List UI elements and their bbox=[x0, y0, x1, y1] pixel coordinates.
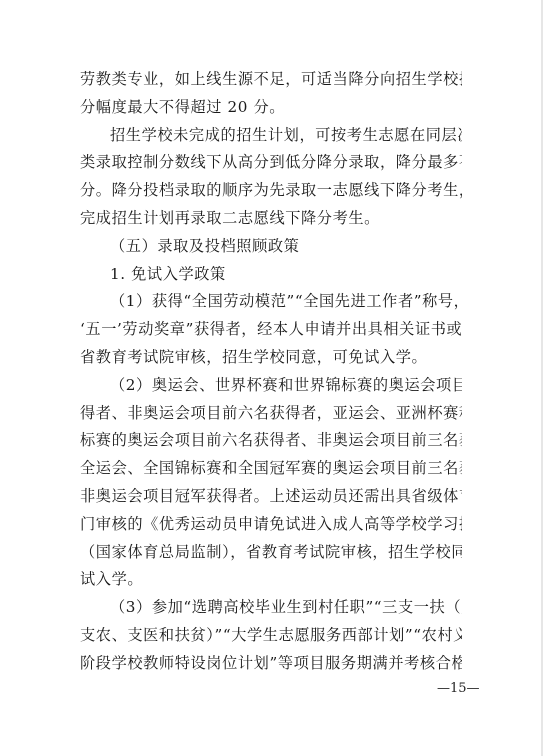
text-line: 完成招生计划再录取二志愿线下降分考生。 bbox=[80, 205, 462, 233]
text-line: 全运会、全国锦标赛和全国冠军赛的奥运会项目前三名获得者、 bbox=[80, 455, 462, 483]
text-line: （国家体育总局监制），省教育考试院审核，招生学校同意，可免 bbox=[80, 539, 462, 567]
subsection-heading: 1. 免试入学政策 bbox=[80, 261, 462, 289]
text-line: 标赛的奥运会项目前六名获得者、非奥运会项目前三名获得者； bbox=[80, 427, 462, 455]
paragraph-start: 招生学校未完成的招生计划，可按考生志愿在同层次、同科 bbox=[80, 122, 462, 150]
text-line: 门审核的《优秀运动员申请免试进入成人高等学校学习推荐表》 bbox=[80, 511, 462, 539]
text-line: 支农、支医和扶贫）”“大学生志愿服务西部计划”“农村义务教育 bbox=[80, 622, 462, 650]
text-line: 分。降分投档录取的顺序为先录取一志愿线下降分考生，如还未 bbox=[80, 177, 462, 205]
paragraph-start: （2）奥运会、世界杯赛和世界锦标赛的奥运会项目前八名获 bbox=[80, 372, 462, 400]
text-line: 阶段学校教师特设岗位计划”等项目服务期满并考核合格、以及 bbox=[80, 650, 462, 678]
text-line: 劳教类专业，如上线生源不足，可适当降分向招生学校投档，降 bbox=[80, 66, 462, 94]
paragraph-start: （3）参加“选聘高校毕业生到村任职”“三支一扶（支教、 bbox=[80, 594, 462, 622]
text-line: 省教育考试院审核，招生学校同意，可免试入学。 bbox=[80, 344, 462, 372]
text-line: 试入学。 bbox=[80, 566, 462, 594]
text-line: 类录取控制分数线下从高分到低分降分录取，降分最多不超过 20 bbox=[80, 149, 462, 177]
text-line: ‘五一’劳动奖章”获得者，经本人申请并出具相关证书或证明， bbox=[80, 316, 462, 344]
page-number: —15— bbox=[437, 681, 480, 696]
text-line: 分幅度最大不得超过 20 分。 bbox=[80, 94, 462, 122]
text-line: 得者、非奥运会项目前六名获得者，亚运会、亚洲杯赛和亚洲锦 bbox=[80, 400, 462, 428]
document-body: 劳教类专业，如上线生源不足，可适当降分向招生学校投档，降 分幅度最大不得超过 2… bbox=[80, 66, 462, 678]
paragraph-start: （1）获得“全国劳动模范”“全国先进工作者”称号，“全国 bbox=[80, 288, 462, 316]
section-heading: （五）录取及投档照顾政策 bbox=[80, 233, 462, 261]
text-line: 非奥运会项目冠军获得者。上述运动员还需出具省级体育行政部 bbox=[80, 483, 462, 511]
